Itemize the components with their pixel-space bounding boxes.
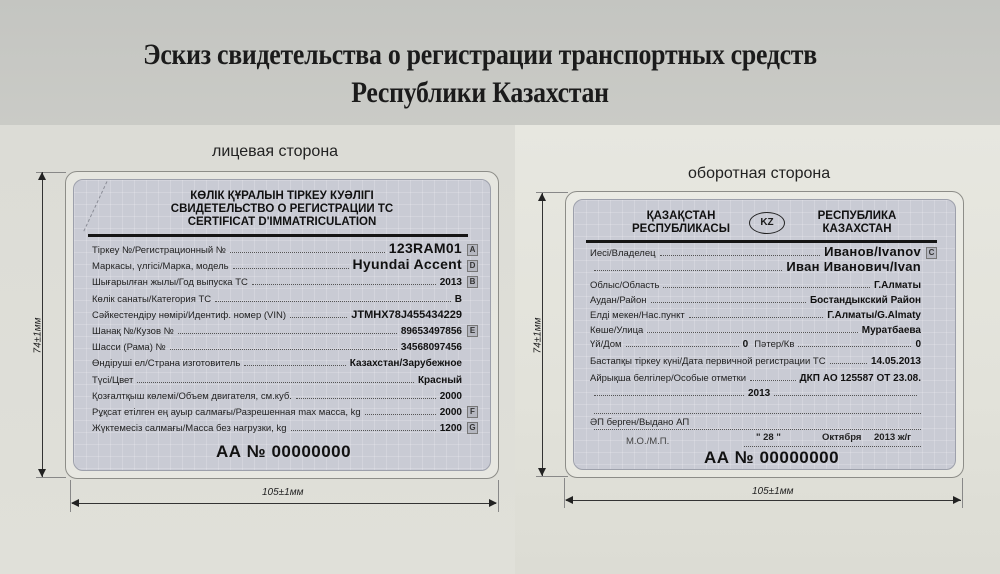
stamp-year: 2013 ж/г bbox=[874, 432, 911, 443]
front-field-row: Шығарылған жылы/Год выпуска ТС2013B bbox=[92, 272, 478, 288]
leader-dots bbox=[594, 395, 744, 396]
leader-dots bbox=[798, 346, 911, 347]
field-label: Маркасы, үлгісі/Марка, модель bbox=[92, 261, 229, 272]
arrow-right-icon bbox=[953, 496, 961, 504]
header-kk: КӨЛІК ҚҰРАЛЫН ТІРКЕУ КУӘЛІГІ bbox=[74, 190, 490, 203]
front-field-row: Сәйкестендіру нөмірі/Идентиф. номер (VIN… bbox=[92, 305, 478, 321]
back-width-dim-line bbox=[566, 500, 961, 501]
front-field-row: Көлік санаты/Категория ТСB bbox=[92, 289, 478, 305]
front-field-row: Рұқсат етілген ең ауыр салмағы/Разрешенн… bbox=[92, 402, 478, 418]
leader-dots bbox=[626, 346, 739, 347]
field-code-badge: G bbox=[467, 422, 478, 434]
front-width-dim-line bbox=[72, 503, 496, 504]
front-dim-ext-right bbox=[498, 480, 499, 512]
leader-dots bbox=[252, 284, 436, 285]
leader-dots bbox=[215, 301, 451, 302]
house-row: Үй/Дом 0 Пәтер/Кв 0 bbox=[590, 334, 921, 350]
leader-dots bbox=[651, 302, 806, 303]
front-side-label: лицевая сторона bbox=[212, 143, 338, 161]
field-label: Шанақ №/Кузов № bbox=[92, 326, 174, 337]
field-value: Красный bbox=[418, 375, 462, 386]
field-label: Шасси (Рама) № bbox=[92, 342, 166, 353]
leader-dots bbox=[689, 317, 824, 318]
owner-row-2: Иван Иванович/Ivan bbox=[590, 258, 921, 274]
field-code-badge: E bbox=[467, 325, 478, 337]
header-rule bbox=[88, 234, 468, 237]
first-registration-row: Бастапқы тіркеу күні/Дата первичной реги… bbox=[590, 351, 921, 367]
field-label: Қозғалтқыш көлемі/Объем двигателя, см.ку… bbox=[92, 391, 292, 402]
front-height-label: 74±1мм bbox=[33, 306, 44, 366]
header-fr: CERTIFICAT D'IMMATRICULATION bbox=[74, 216, 490, 229]
field-label: Рұқсат етілген ең ауыр салмағы/Разрешенн… bbox=[92, 407, 361, 418]
leader-dots bbox=[774, 395, 917, 396]
apt-label: Пәтер/Кв bbox=[754, 339, 794, 350]
field-code-badge: F bbox=[467, 406, 478, 418]
field-label: Өндіруші ел/Страна изготовитель bbox=[92, 358, 240, 369]
field-value: 2000 bbox=[440, 407, 462, 418]
back-height-label: 74±1мм bbox=[533, 306, 544, 366]
field-value: JTMHX78J455434229 bbox=[351, 309, 462, 321]
field-code-badge: D bbox=[467, 260, 478, 272]
leader-dots bbox=[290, 317, 347, 318]
back-header-kk: ҚАЗАҚСТАН РЕСПУБЛИКАСЫ bbox=[626, 210, 736, 236]
first-registration-date: 14.05.2013 bbox=[871, 356, 921, 367]
notes-value-line-2: 2013 bbox=[748, 388, 770, 399]
leader-dots bbox=[750, 380, 795, 381]
leader-dots bbox=[660, 255, 821, 256]
leader-dots bbox=[178, 333, 397, 334]
apt-value: 0 bbox=[915, 339, 921, 350]
kz-emblem-icon: KZ bbox=[749, 212, 785, 234]
header-ru-line-2: КАЗАХСТАН bbox=[802, 223, 912, 236]
front-header: КӨЛІК ҚҰРАЛЫН ТІРКЕУ КУӘЛІГІ СВИДЕТЕЛЬСТ… bbox=[74, 190, 490, 229]
front-card-panel: КӨЛІК ҚҰРАЛЫН ТІРКЕУ КУӘЛІГІ СВИДЕТЕЛЬСТ… bbox=[73, 179, 491, 471]
arrow-left-icon bbox=[565, 496, 573, 504]
field-code-badge: A bbox=[467, 244, 478, 256]
title-line-2: Республики Казахстан bbox=[67, 74, 893, 112]
notes-row-2: 2013 bbox=[590, 383, 921, 399]
issued-line bbox=[594, 429, 921, 430]
document-title: Эскиз свидетельства о регистрации трансп… bbox=[67, 36, 893, 112]
issued-row: ӘП берген/Выдано АП bbox=[590, 412, 921, 428]
front-field-row: Маркасы, үлгісі/Марка, модельHyundai Acc… bbox=[92, 256, 478, 272]
field-value: Hyundai Accent bbox=[353, 256, 462, 272]
stamp-label: М.О./М.П. bbox=[626, 436, 669, 447]
house-label: Үй/Дом bbox=[590, 339, 622, 350]
front-field-row: Жүктемесіз салмағы/Масса без нагрузки, k… bbox=[92, 418, 478, 434]
front-serial-number: АА № 00000000 bbox=[216, 442, 351, 462]
issued-label: ӘП берген/Выдано АП bbox=[590, 417, 689, 428]
front-field-row: Түсі/ЦветКрасный bbox=[92, 370, 478, 386]
title-line-1: Эскиз свидетельства о регистрации трансп… bbox=[67, 36, 893, 74]
leader-dots bbox=[594, 270, 782, 271]
arrow-left-icon bbox=[71, 499, 79, 507]
front-dim-ext-bottom bbox=[36, 477, 66, 478]
field-label: Түсі/Цвет bbox=[92, 375, 133, 386]
field-label: Тіркеу №/Регистрационный № bbox=[92, 245, 226, 256]
leader-dots bbox=[170, 349, 397, 350]
leader-dots bbox=[230, 252, 385, 253]
front-field-row: Қозғалтқыш көлемі/Объем двигателя, см.ку… bbox=[92, 386, 478, 402]
field-label: Жүктемесіз салмағы/Масса без нагрузки, k… bbox=[92, 423, 287, 434]
back-card-panel: ҚАЗАҚСТАН РЕСПУБЛИКАСЫ KZ РЕСПУБЛИКА КАЗ… bbox=[573, 199, 956, 470]
house-value: 0 bbox=[743, 339, 749, 350]
stamp-day: " 28 " bbox=[756, 432, 781, 443]
front-field-row: Өндіруші ел/Страна изготовительКазахстан… bbox=[92, 353, 478, 369]
arrow-up-icon bbox=[538, 193, 546, 201]
header-kk-line-2: РЕСПУБЛИКАСЫ bbox=[626, 223, 736, 236]
field-label: Сәйкестендіру нөмірі/Идентиф. номер (VIN… bbox=[92, 310, 286, 321]
back-width-label: 105±1мм bbox=[752, 486, 793, 497]
front-dim-ext-left bbox=[70, 480, 71, 512]
leader-dots bbox=[233, 268, 349, 269]
field-value: 1200 bbox=[440, 423, 462, 434]
owner-name: Иван Иванович/Ivan bbox=[786, 259, 921, 274]
field-label: Көлік санаты/Категория ТС bbox=[92, 294, 211, 305]
leader-dots bbox=[137, 382, 414, 383]
field-value: 2000 bbox=[440, 391, 462, 402]
back-field-row: Аудан/РайонБостандыкский Район bbox=[590, 290, 921, 306]
field-value: 2013 bbox=[440, 277, 462, 288]
header-ru-line-1: РЕСПУБЛИКА bbox=[802, 210, 912, 223]
field-value: Казахстан/Зарубежное bbox=[350, 358, 462, 369]
notes-row: Айрықша белгілер/Особые отметки ДКП АО 1… bbox=[590, 368, 921, 384]
leader-dots bbox=[647, 332, 857, 333]
front-width-label: 105±1мм bbox=[262, 487, 303, 498]
arrow-down-icon bbox=[538, 468, 546, 476]
field-label: Шығарылған жылы/Год выпуска ТС bbox=[92, 277, 248, 288]
arrow-down-icon bbox=[38, 469, 46, 477]
field-value: 89653497856 bbox=[401, 326, 462, 337]
leader-dots bbox=[291, 430, 436, 431]
owner-row: Иесі/Владелец Иванов/Ivanov C bbox=[590, 243, 937, 259]
arrow-right-icon bbox=[489, 499, 497, 507]
back-serial-number: АА № 00000000 bbox=[704, 448, 839, 468]
field-code-badge: C bbox=[926, 247, 937, 259]
field-value: 123RAM01 bbox=[389, 240, 462, 256]
back-dim-ext-bottom bbox=[536, 476, 568, 477]
leader-dots bbox=[663, 287, 870, 288]
leader-dots bbox=[244, 365, 345, 366]
leader-dots bbox=[830, 363, 867, 364]
back-header-ru: РЕСПУБЛИКА КАЗАХСТАН bbox=[802, 210, 912, 236]
header-ru: СВИДЕТЕЛЬСТВО О РЕГИСТРАЦИИ ТС bbox=[74, 203, 490, 216]
back-field-row: Облыс/ОбластьГ.Алматы bbox=[590, 275, 921, 291]
field-code-badge: B bbox=[467, 276, 478, 288]
leader-dots bbox=[365, 414, 436, 415]
front-field-row: Тіркеу №/Регистрационный №123RAM01A bbox=[92, 240, 478, 256]
field-value: B bbox=[455, 294, 462, 305]
back-dim-ext-right bbox=[962, 478, 963, 508]
stamp-month: Октября bbox=[822, 432, 861, 443]
header-kk-line-1: ҚАЗАҚСТАН bbox=[626, 210, 736, 223]
field-value: 34568097456 bbox=[401, 342, 462, 353]
back-field-row: Елді мекен/Нас.пунктГ.Алматы/G.Almaty bbox=[590, 305, 921, 321]
first-registration-label: Бастапқы тіркеу күні/Дата первичной реги… bbox=[590, 356, 826, 367]
back-side-label: оборотная сторона bbox=[688, 165, 830, 183]
front-field-row: Шасси (Рама) №34568097456 bbox=[92, 337, 478, 353]
front-field-row: Шанақ №/Кузов №89653497856E bbox=[92, 321, 478, 337]
leader-dots bbox=[296, 398, 436, 399]
front-card: КӨЛІК ҚҰРАЛЫН ТІРКЕУ КУӘЛІГІ СВИДЕТЕЛЬСТ… bbox=[65, 171, 499, 479]
back-card: ҚАЗАҚСТАН РЕСПУБЛИКАСЫ KZ РЕСПУБЛИКА КАЗ… bbox=[565, 191, 964, 478]
arrow-up-icon bbox=[38, 172, 46, 180]
owner-surname: Иванов/Ivanov bbox=[824, 244, 921, 259]
date-line bbox=[744, 446, 921, 447]
